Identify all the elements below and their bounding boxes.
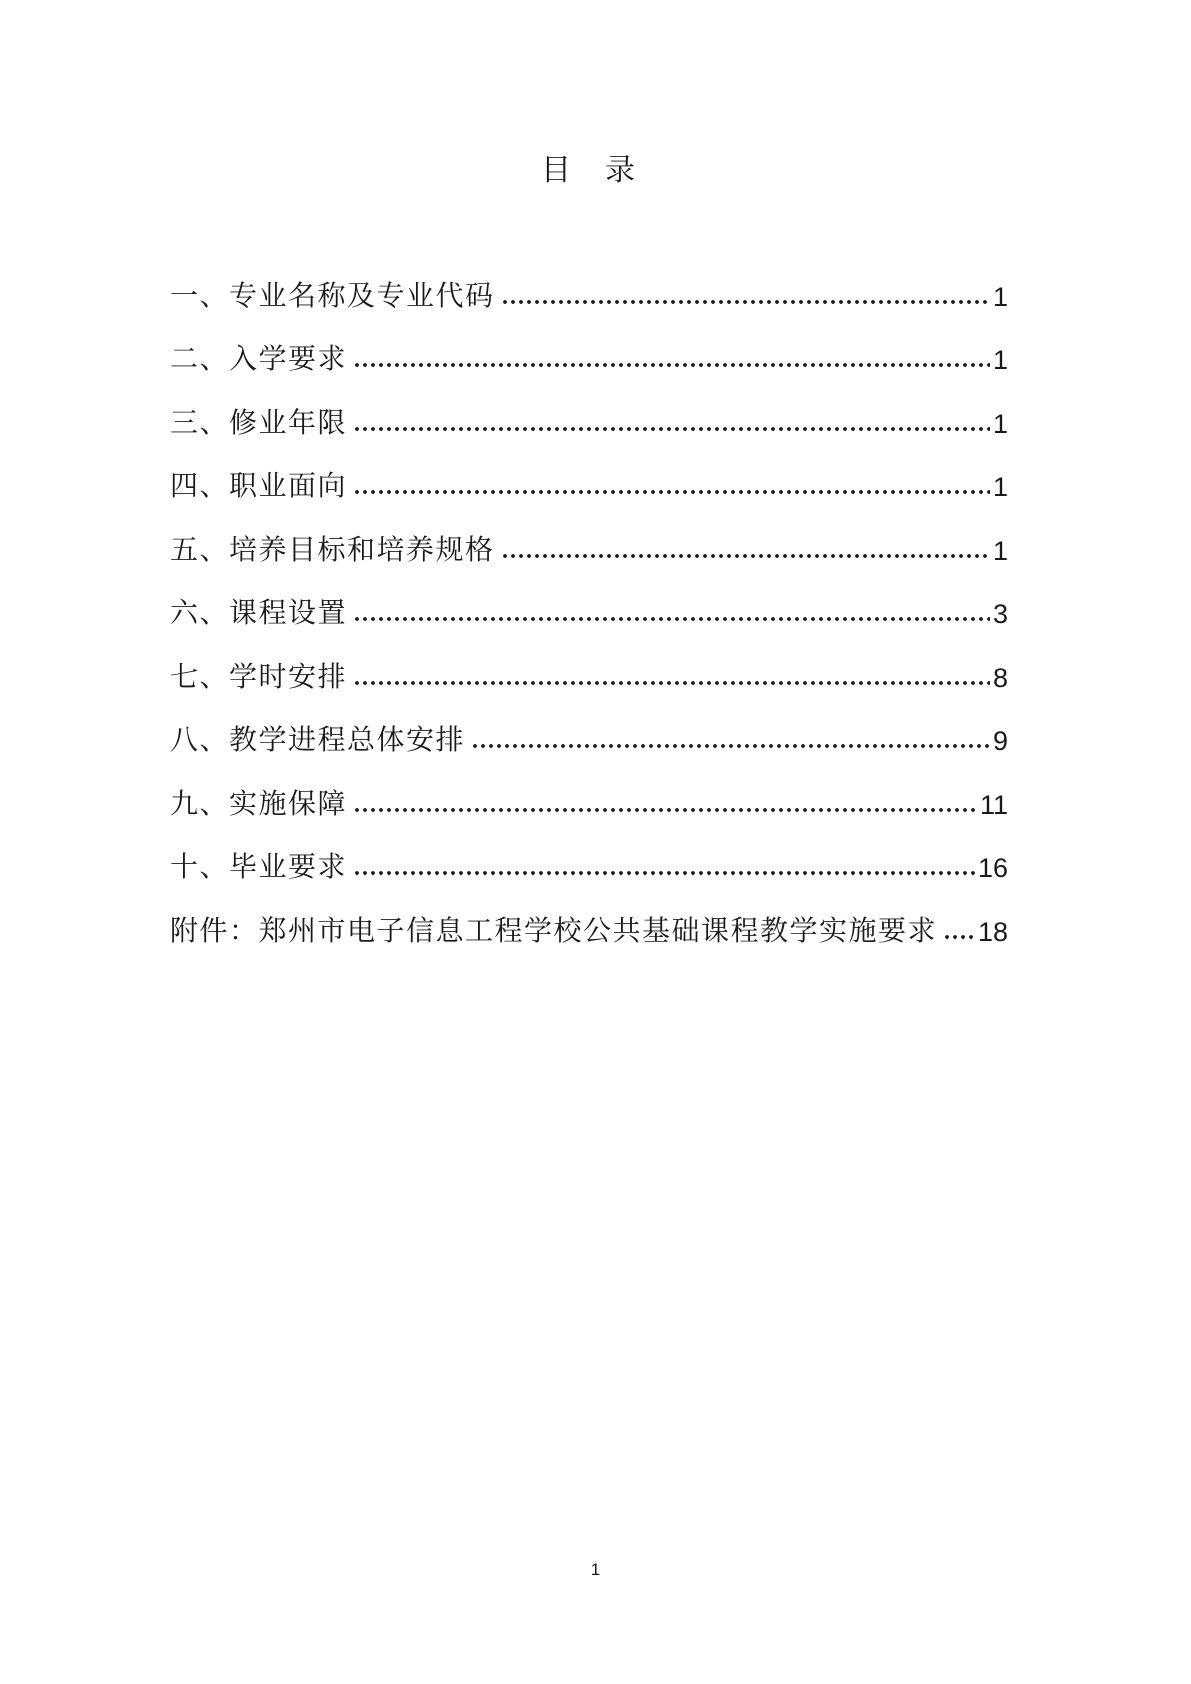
dot-leader bbox=[501, 298, 990, 306]
toc-entry-label: 八、教学进程总体安排 bbox=[170, 726, 465, 756]
footer-page-number: 1 bbox=[591, 1560, 600, 1579]
dot-leader bbox=[353, 488, 990, 496]
toc-entry-label: 七、学时安排 bbox=[170, 663, 347, 693]
dot-leader bbox=[353, 679, 990, 687]
dot-leader bbox=[353, 615, 990, 623]
toc-entry-page-number: 18 bbox=[978, 918, 1008, 947]
toc-title: 目 录 bbox=[170, 156, 1008, 186]
toc-entry: 七、学时安排 8 bbox=[170, 629, 1008, 693]
toc-entry-label: 附件：郑州市电子信息工程学校公共基础课程教学实施要求 bbox=[170, 917, 937, 947]
document-page: 目 录 一、专业名称及专业代码 1 二、入学要求 1 三、修业年限 1 四、职业… bbox=[0, 0, 1191, 1684]
toc-entry-label: 四、职业面向 bbox=[170, 472, 347, 502]
toc-entry-page-number: 1 bbox=[993, 473, 1008, 502]
toc-entry-label: 九、实施保障 bbox=[170, 790, 347, 820]
toc-entry-page-number: 16 bbox=[978, 854, 1008, 883]
toc-list: 一、专业名称及专业代码 1 二、入学要求 1 三、修业年限 1 四、职业面向 1… bbox=[170, 248, 1008, 947]
toc-entry-page-number: 1 bbox=[993, 410, 1008, 439]
toc-entry-page-number: 1 bbox=[993, 283, 1008, 312]
toc-entry-label: 五、培养目标和培养规格 bbox=[170, 536, 495, 566]
toc-entry-label: 一、专业名称及专业代码 bbox=[170, 282, 495, 312]
toc-entry: 一、专业名称及专业代码 1 bbox=[170, 248, 1008, 312]
toc-entry: 三、修业年限 1 bbox=[170, 375, 1008, 439]
toc-entry: 附件：郑州市电子信息工程学校公共基础课程教学实施要求 18 bbox=[170, 883, 1008, 947]
toc-entry: 八、教学进程总体安排 9 bbox=[170, 693, 1008, 757]
dot-leader bbox=[943, 933, 975, 941]
toc-entry: 九、实施保障 11 bbox=[170, 756, 1008, 820]
toc-entry: 十、毕业要求 16 bbox=[170, 820, 1008, 884]
toc-entry: 六、课程设置 3 bbox=[170, 566, 1008, 630]
dot-leader bbox=[353, 425, 990, 433]
toc-entry-label: 二、入学要求 bbox=[170, 345, 347, 375]
toc-entry-page-number: 8 bbox=[993, 664, 1008, 693]
toc-entry: 五、培养目标和培养规格 1 bbox=[170, 502, 1008, 566]
dot-leader bbox=[501, 552, 990, 560]
toc-entry-page-number: 1 bbox=[993, 346, 1008, 375]
dot-leader bbox=[471, 742, 990, 750]
dot-leader bbox=[353, 869, 975, 877]
toc-entry: 四、职业面向 1 bbox=[170, 439, 1008, 503]
page-footer: 1 bbox=[0, 1561, 1191, 1578]
toc-entry-label: 十、毕业要求 bbox=[170, 853, 347, 883]
dot-leader bbox=[353, 361, 990, 369]
toc-entry-label: 六、课程设置 bbox=[170, 599, 347, 629]
toc-entry-page-number: 3 bbox=[993, 600, 1008, 629]
dot-leader bbox=[353, 806, 977, 814]
toc-entry-page-number: 11 bbox=[980, 791, 1008, 820]
toc-entry-page-number: 9 bbox=[993, 727, 1008, 756]
toc-entry: 二、入学要求 1 bbox=[170, 312, 1008, 376]
toc-entry-page-number: 1 bbox=[993, 537, 1008, 566]
toc-entry-label: 三、修业年限 bbox=[170, 409, 347, 439]
